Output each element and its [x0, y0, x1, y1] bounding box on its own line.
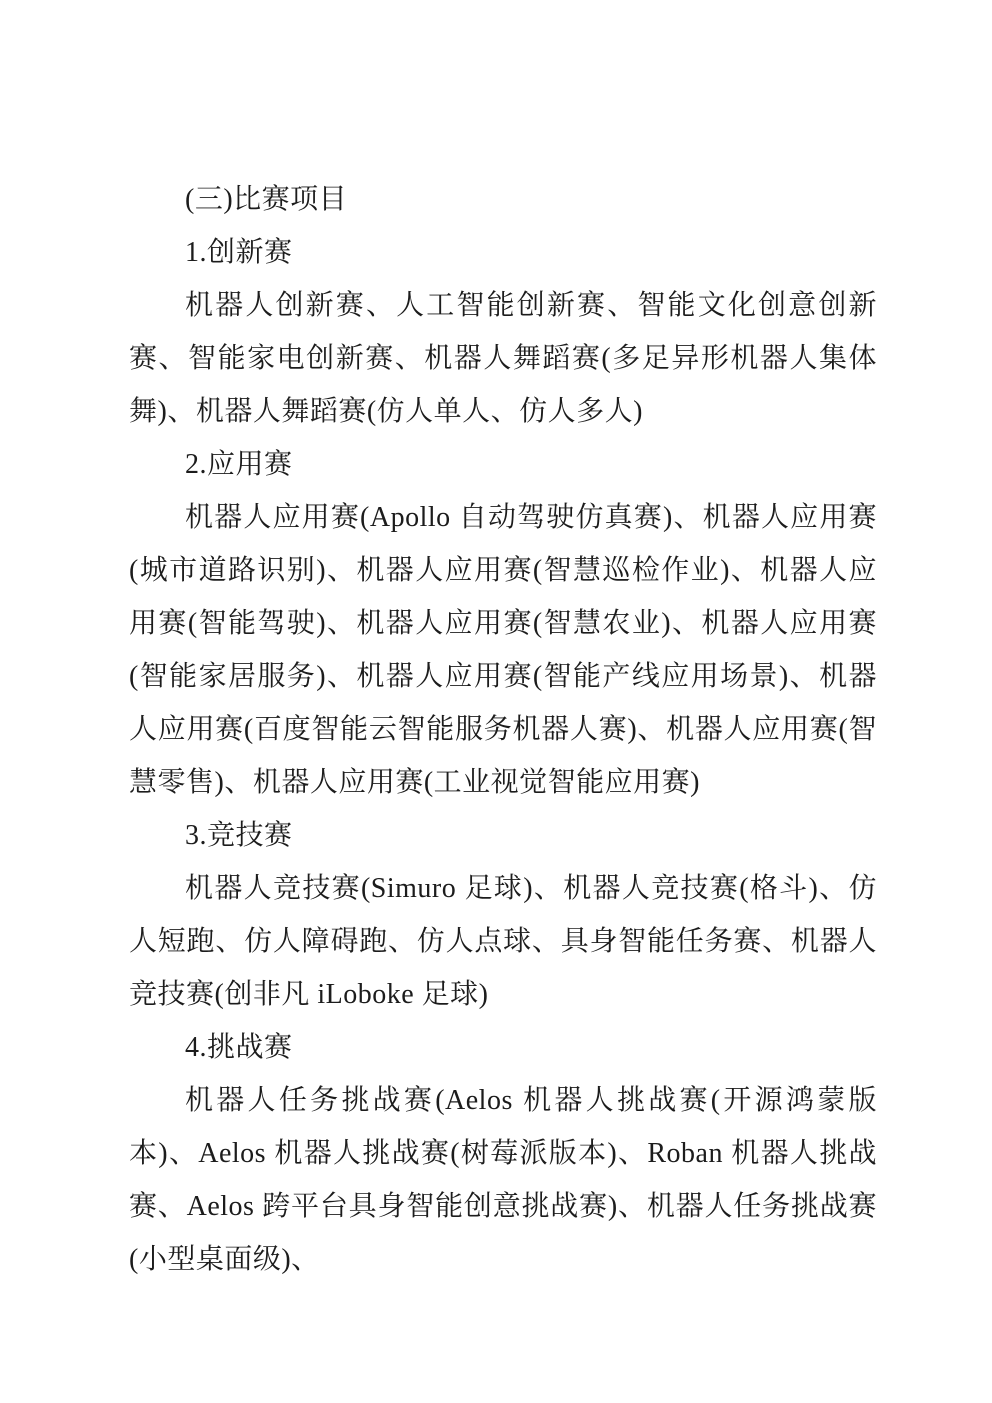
- subsection-body-innovation: 机器人创新赛、人工智能创新赛、智能文化创意创新赛、智能家电创新赛、机器人舞蹈赛(…: [129, 279, 877, 438]
- subsection-heading-innovation: 1.创新赛: [129, 226, 877, 279]
- subsection-heading-athletics: 3.竞技赛: [129, 809, 877, 862]
- subsection-body-challenge: 机器人任务挑战赛(Aelos 机器人挑战赛(开源鸿蒙版本)、Aelos 机器人挑…: [129, 1074, 877, 1286]
- subsection-challenge: 4.挑战赛 机器人任务挑战赛(Aelos 机器人挑战赛(开源鸿蒙版本)、Aelo…: [129, 1021, 877, 1286]
- subsection-innovation: 1.创新赛 机器人创新赛、人工智能创新赛、智能文化创意创新赛、智能家电创新赛、机…: [129, 226, 877, 438]
- subsection-application: 2.应用赛 机器人应用赛(Apollo 自动驾驶仿真赛)、机器人应用赛(城市道路…: [129, 438, 877, 809]
- subsection-athletics: 3.竞技赛 机器人竞技赛(Simuro 足球)、机器人竞技赛(格斗)、仿人短跑、…: [129, 809, 877, 1021]
- subsection-heading-application: 2.应用赛: [129, 438, 877, 491]
- document-page: (三)比赛项目 1.创新赛 机器人创新赛、人工智能创新赛、智能文化创意创新赛、智…: [0, 0, 992, 1286]
- subsection-heading-challenge: 4.挑战赛: [129, 1021, 877, 1074]
- subsection-body-athletics: 机器人竞技赛(Simuro 足球)、机器人竞技赛(格斗)、仿人短跑、仿人障碍跑、…: [129, 862, 877, 1021]
- section-heading: (三)比赛项目: [129, 173, 877, 226]
- subsection-body-application: 机器人应用赛(Apollo 自动驾驶仿真赛)、机器人应用赛(城市道路识别)、机器…: [129, 491, 877, 809]
